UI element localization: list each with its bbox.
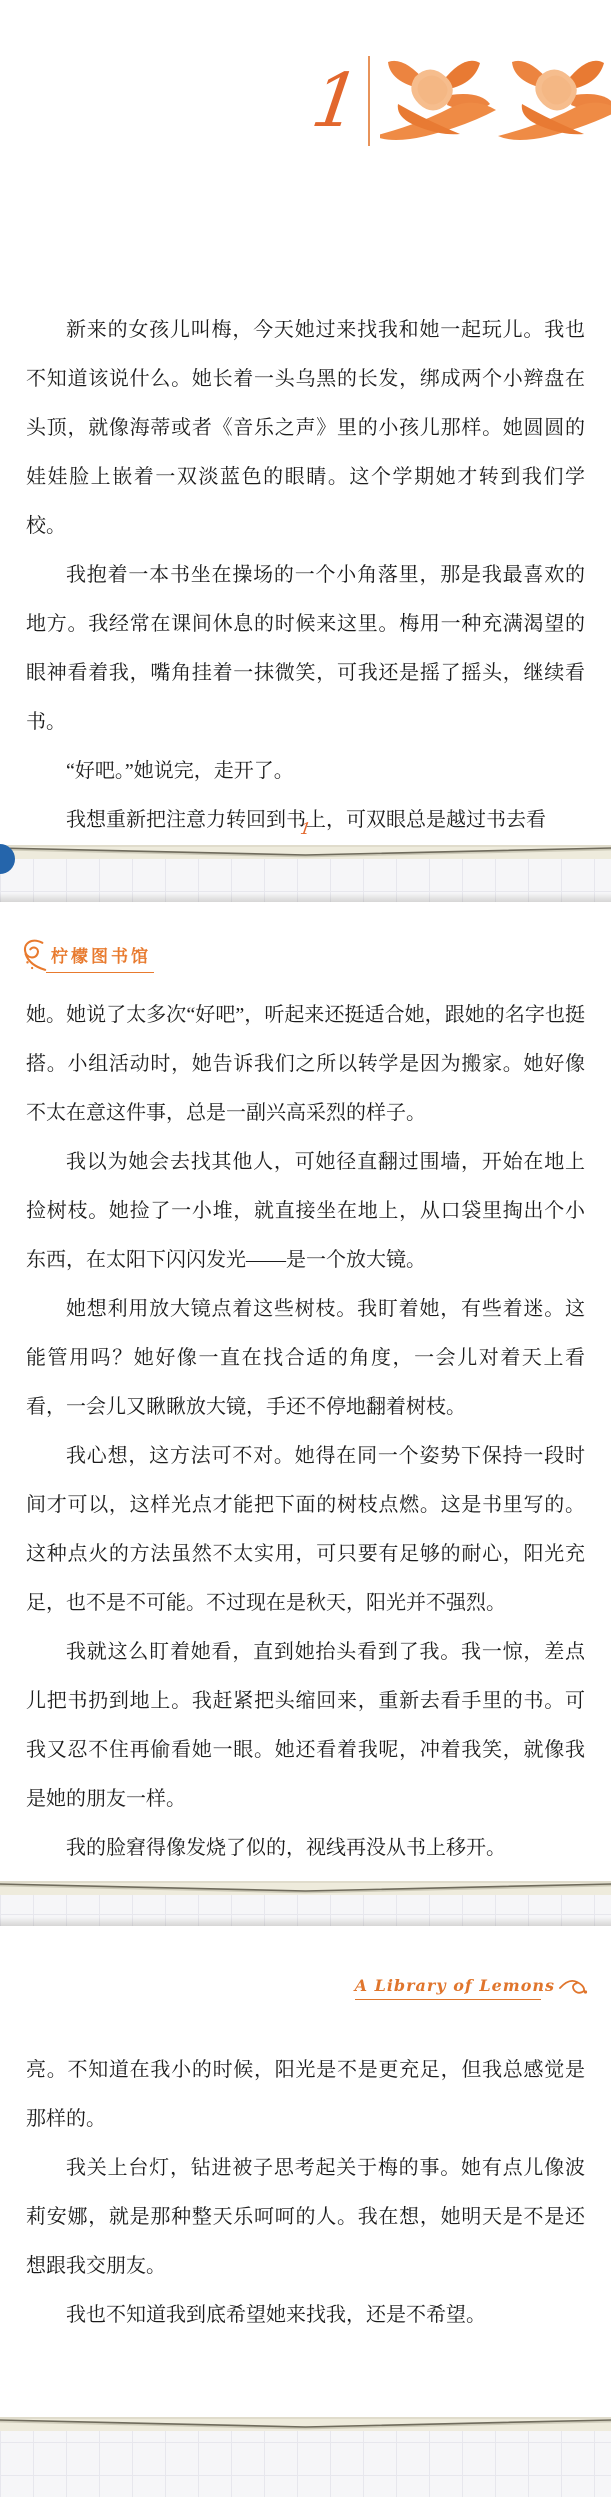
paragraph: 我也不知道我到底希望她来找我，还是不希望。: [26, 2291, 585, 2340]
paragraph: 我以为她会去找其他人，可她径直翻过围墙，开始在地上捡树枝。她捡了一小堆，就直接坐…: [26, 1138, 585, 1285]
page3-top-shadow: [0, 1917, 611, 1926]
series-header-underline: [46, 972, 154, 973]
scroll-flourish-icon: [559, 1974, 589, 1996]
page3-text: 亮。不知道在我小的时候，阳光是不是更充足，但我总感觉是那样的。我关上台灯，钻进被…: [26, 2046, 585, 2340]
paragraph: “好吧。”她说完，走开了。: [26, 747, 585, 796]
series-title: 柠檬图书馆: [51, 942, 151, 967]
paragraph: 亮。不知道在我小的时候，阳光是不是更充足，但我总感觉是那样的。: [26, 2046, 585, 2144]
paragraph: 我抱着一本书坐在操场的一个小角落里，那是我最喜欢的地方。我经常在课间休息的时候来…: [26, 551, 585, 747]
page1-text: 新来的女孩儿叫梅，今天她过来找我和她一起玩儿。我也不知道该说什么。她长着一头乌黑…: [26, 306, 585, 845]
reader-canvas: { "colors": { "accent_orange": "#e87a2e"…: [0, 0, 611, 2497]
book-page-1: 1 新来的女孩儿叫梅，今天她过来找我和她一起玩儿。我也不知道该说什么。她: [0, 0, 611, 846]
book-title-header: A Library of Lemons: [355, 1974, 589, 2000]
paragraph: 她。她说了太多次“好吧”，听起来还挺适合她，跟她的名字也挺搭。小组活动时，她告诉…: [26, 991, 585, 1138]
paragraph: 我关上台灯，钻进被子思考起关于梅的事。她有点儿像波莉安娜，就是那种整天乐呵呵的人…: [26, 2144, 585, 2291]
series-header: 柠檬图书馆: [20, 936, 151, 972]
page2-bottom-edge: [0, 1881, 611, 1895]
paragraph: 她想利用放大镜点着这些树枝。我盯着她，有些着迷。这能管用吗？她好像一直在找合适的…: [26, 1285, 585, 1432]
page3-bottom-edge: [0, 2417, 611, 2431]
page2-text: 她。她说了太多次“好吧”，听起来还挺适合她，跟她的名字也挺搭。小组活动时，她告诉…: [26, 991, 585, 1873]
page1-bottom-edge: [0, 845, 611, 859]
lemon-branch-icon: [380, 46, 611, 148]
book-page-2: 柠檬图书馆 她。她说了太多次“好吧”，听起来还挺适合她，跟她的名字也挺搭。小组活…: [0, 902, 611, 1882]
chapter-number: 1: [304, 58, 368, 144]
paragraph: 新来的女孩儿叫梅，今天她过来找我和她一起玩儿。我也不知道该说什么。她长着一头乌黑…: [26, 306, 585, 551]
paragraph: 我的脸窘得像发烧了似的，视线再没从书上移开。: [26, 1824, 585, 1873]
book-page-3: A Library of Lemons 亮。不知道在我小的时候，阳光是不是更充足…: [0, 1926, 611, 2418]
chapter-divider-line: [368, 56, 370, 146]
page1-folio-number: 1: [0, 819, 611, 838]
paragraph: 我心想，这方法可不对。她得在同一个姿势下保持一段时间才可以，这样光点才能把下面的…: [26, 1432, 585, 1628]
paragraph: 我就这么盯着她看，直到她抬头看到了我。我一惊，差点儿把书扔到地上。我赶紧把头缩回…: [26, 1628, 585, 1824]
flourish-swirl-icon: [20, 936, 48, 972]
page2-top-shadow: [0, 893, 611, 902]
book-title-underline: [355, 1999, 541, 2000]
book-title-script: A Library of Lemons: [355, 1976, 555, 1995]
